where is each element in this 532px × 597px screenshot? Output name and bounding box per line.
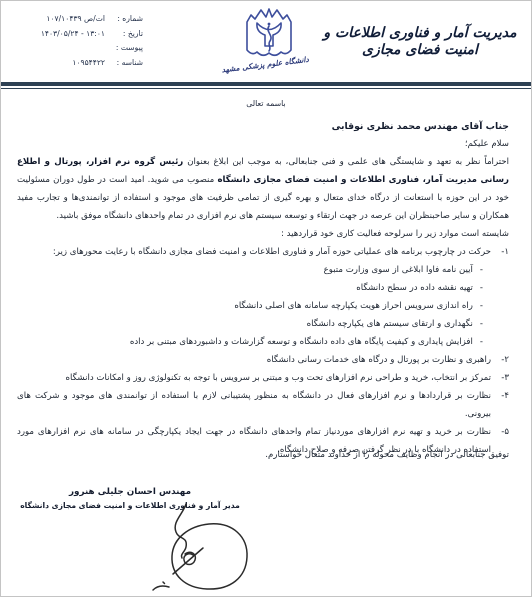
duty-list-continued: ۲- راهبری و نظارت بر پورتال و درگاه های …: [17, 351, 509, 459]
org-title: مدیریت آمار و فناوری اطلاعات و امنیت فضا…: [315, 25, 525, 59]
field-label-attachment: پیوست :: [105, 43, 143, 52]
letter-page: شماره : ۱۰۷/ات/ص ۱۰۴۳۹ تاریخ : ۱۴۰۳/۰۵/۲…: [0, 0, 532, 597]
item-text: حرکت در چارچوب برنامه های عملیاتی حوزه آ…: [53, 243, 491, 261]
sub-item-text: آیین نامه فاوا ابلاغی از سوی وزارت متبوع: [324, 261, 473, 279]
sub-item-1: -آیین نامه فاوا ابلاغی از سوی وزارت متبو…: [17, 261, 483, 279]
sub-list: -آیین نامه فاوا ابلاغی از سوی وزارت متبو…: [17, 261, 509, 351]
basmala: باسمه تعالی: [1, 99, 531, 108]
university-logo-icon: [237, 6, 301, 62]
field-label-id: شناسه :: [105, 58, 143, 67]
header-divider: [1, 82, 531, 89]
field-row-id: شناسه : ۱۰۹۵۴۴۲۲: [21, 58, 143, 67]
item-text: نظارت بر قراردادها و نرم افزارهای فعال د…: [17, 387, 491, 423]
field-label-number: شماره :: [105, 14, 143, 23]
sub-bullet: -: [480, 297, 483, 315]
list-item-3: ۳- تمرکز بر انتخاب، خرید و طراحی نرم افز…: [17, 369, 509, 387]
field-value-number: ۱۰۷/ات/ص ۱۰۴۳۹: [21, 14, 105, 23]
list-item-2: ۲- راهبری و نظارت بر پورتال و درگاه های …: [17, 351, 509, 369]
field-row-date: تاریخ : ۱۴۰۳/۰۵/۲۴ - ۱۳:۰۱: [21, 29, 143, 38]
signature-name: مهندس احسان جلیلی هنرور: [15, 487, 245, 497]
sub-bullet: -: [480, 333, 483, 351]
sub-bullet: -: [480, 279, 483, 297]
item-number: ۲-: [496, 351, 509, 369]
field-value-id: ۱۰۹۵۴۴۲۲: [21, 58, 105, 67]
recipient-name: جناب آقای مهندس محمد نظری نوقابی: [332, 121, 509, 132]
letter-body: احتراماً نظر به تعهد و شایستگی های علمی …: [17, 153, 509, 459]
item-number: ۴-: [496, 387, 509, 423]
field-row-number: شماره : ۱۰۷/ات/ص ۱۰۴۳۹: [21, 14, 143, 23]
item-number: ۳-: [496, 369, 509, 387]
salutation: سلام علیکم؛: [465, 139, 509, 149]
body-paragraph: احتراماً نظر به تعهد و شایستگی های علمی …: [17, 153, 509, 225]
letterhead-fields: شماره : ۱۰۷/ات/ص ۱۰۴۳۹ تاریخ : ۱۴۰۳/۰۵/۲…: [21, 14, 143, 72]
sub-item-4: -نگهداری و ارتقای سیستم های یکپارچه دانش…: [17, 315, 483, 333]
lead-line: شایسته است موارد زیر را سرلوحه فعالیت کا…: [17, 225, 509, 243]
list-item-4: ۴- نظارت بر قراردادها و نرم افزارهای فعا…: [17, 387, 509, 423]
duty-list: ۱- حرکت در چارچوب برنامه های عملیاتی حوز…: [17, 243, 509, 261]
sub-item-3: -راه اندازی سرویس احراز هویت یکپارچه سام…: [17, 297, 483, 315]
sub-bullet: -: [480, 261, 483, 279]
field-label-date: تاریخ :: [105, 29, 143, 38]
signature-scribble: [139, 502, 261, 596]
list-item-1: ۱- حرکت در چارچوب برنامه های عملیاتی حوز…: [17, 243, 509, 261]
sub-item-text: تهیه نقشه داده در سطح دانشگاه: [356, 279, 473, 297]
field-row-attachment: پیوست :: [21, 43, 143, 52]
sub-item-text: نگهداری و ارتقای سیستم های یکپارچه دانشگ…: [307, 315, 473, 333]
sub-item-2: -تهیه نقشه داده در سطح دانشگاه: [17, 279, 483, 297]
body-text-start: احتراماً نظر به تعهد و شایستگی های علمی …: [183, 157, 509, 167]
sub-bullet: -: [480, 315, 483, 333]
sub-item-5: -افزایش پایداری و کیفیت پایگاه های داده …: [17, 333, 483, 351]
item-number: ۱-: [496, 243, 509, 261]
sub-item-text: راه اندازی سرویس احراز هویت یکپارچه ساما…: [234, 297, 473, 315]
item-text: تمرکز بر انتخاب، خرید و طراحی نرم افزاره…: [66, 369, 491, 387]
item-text: راهبری و نظارت بر پورتال و درگاه های خدم…: [267, 351, 491, 369]
field-value-date: ۱۴۰۳/۰۵/۲۴ - ۱۳:۰۱: [21, 29, 105, 38]
closing-line: توفیق جنابعالی در انجام وظایف محوله را ا…: [265, 450, 509, 460]
sub-item-text: افزایش پایداری و کیفیت پایگاه های داده د…: [130, 333, 473, 351]
